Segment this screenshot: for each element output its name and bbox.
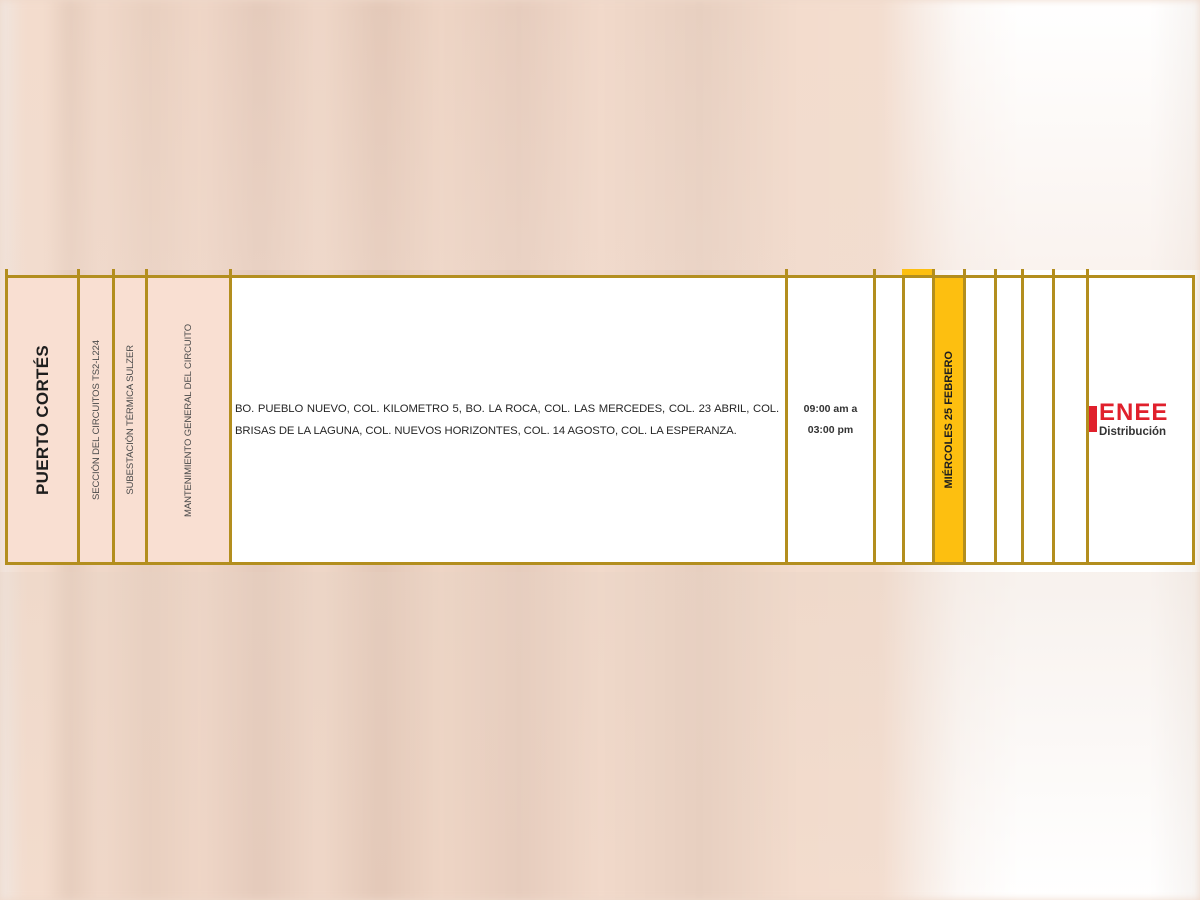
work-type-cell: MANTENIMIENTO GENERAL DEL CIRCUITO — [145, 278, 229, 562]
department-label: PUERTO CORTÉS — [33, 345, 53, 495]
date-label: MIÉRCOLES 25 FEBRERO — [943, 351, 955, 489]
logo-cell: ENEE Distribución — [1086, 278, 1195, 562]
affected-areas-cell: BO. PUEBLO NUEVO, COL. KILOMETRO 5, BO. … — [229, 278, 785, 562]
affected-areas-text: BO. PUEBLO NUEVO, COL. KILOMETRO 5, BO. … — [232, 398, 785, 442]
schedule-cell: 09:00 am a 03:00 pm — [785, 278, 873, 562]
date-cell: MIÉRCOLES 25 FEBRERO — [932, 278, 963, 562]
section-cell: SECCIÓN DEL CIRCUITOS TS2-L224 — [77, 278, 112, 562]
schedule-end: 03:00 pm — [804, 420, 858, 441]
outage-schedule-row: PUERTO CORTÉS SECCIÓN DEL CIRCUITOS TS2-… — [5, 275, 1195, 565]
blurred-background-top — [0, 0, 1200, 270]
date-highlight-cap — [902, 269, 932, 275]
substation-label: SUBESTACIÓN TÉRMICA SULZER — [125, 345, 136, 495]
enee-logo-subtitle: Distribución — [1099, 425, 1166, 439]
day-column-empty — [1021, 278, 1052, 562]
enee-logo-mark-icon — [1089, 406, 1097, 432]
enee-logo: ENEE Distribución — [1089, 401, 1192, 439]
schedule-text: 09:00 am a 03:00 pm — [804, 399, 858, 441]
day-column-empty — [902, 278, 932, 562]
day-column-empty — [963, 278, 994, 562]
blurred-background-bottom — [0, 572, 1200, 900]
department-cell: PUERTO CORTÉS — [5, 278, 77, 562]
schedule-start: 09:00 am a — [804, 399, 858, 420]
day-column-empty — [994, 278, 1021, 562]
section-label: SECCIÓN DEL CIRCUITOS TS2-L224 — [91, 340, 102, 500]
substation-cell: SUBESTACIÓN TÉRMICA SULZER — [112, 278, 145, 562]
work-type-label: MANTENIMIENTO GENERAL DEL CIRCUITO — [183, 324, 194, 517]
enee-logo-wordmark: ENEE — [1099, 401, 1168, 425]
day-column-empty — [1052, 278, 1086, 562]
day-column-empty — [873, 278, 902, 562]
